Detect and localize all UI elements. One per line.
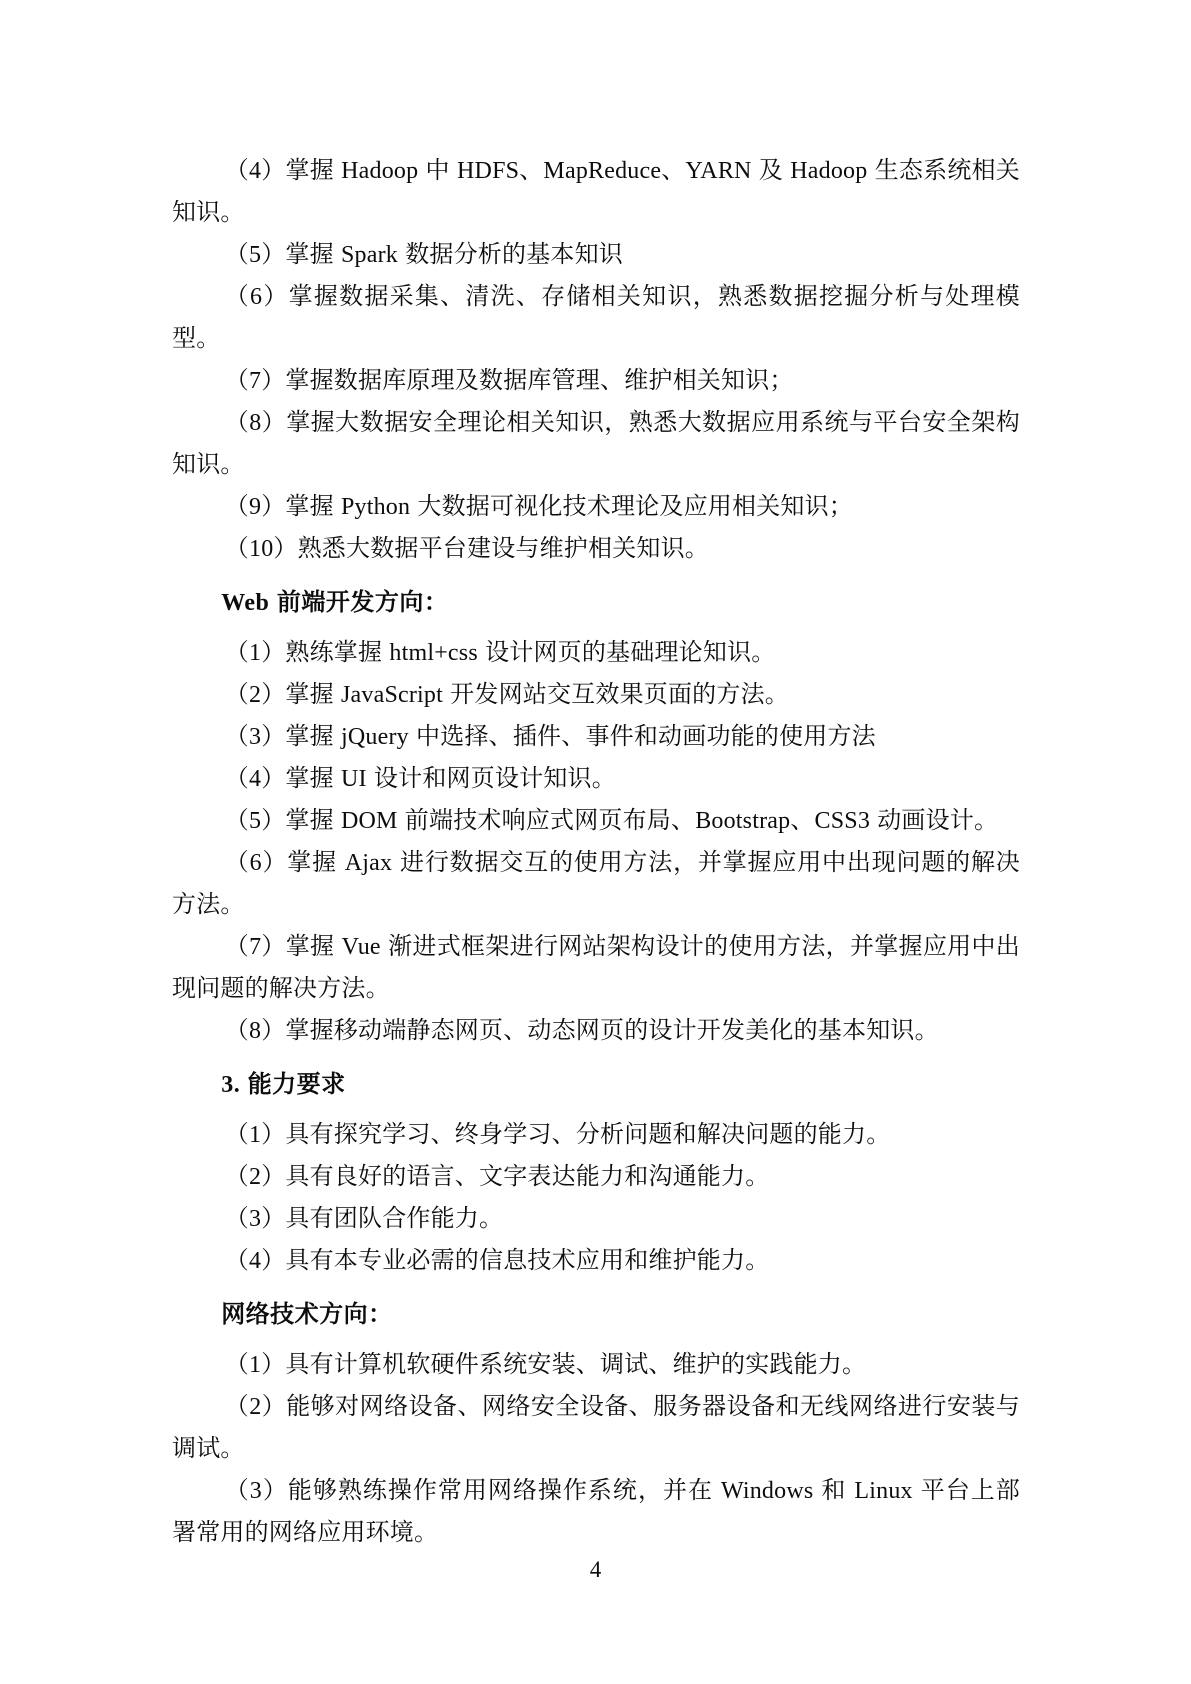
list-item-web-1: （1）熟练掌握 html+css 设计网页的基础理论知识。	[172, 632, 1020, 674]
section-heading-network: 网络技术方向：	[172, 1294, 1020, 1336]
list-item-knowledge-8: （8）掌握大数据安全理论相关知识，熟悉大数据应用系统与平台安全架构知识。	[172, 402, 1020, 486]
list-item-knowledge-9: （9）掌握 Python 大数据可视化技术理论及应用相关知识；	[172, 486, 1020, 528]
list-item-web-6: （6）掌握 Ajax 进行数据交互的使用方法，并掌握应用中出现问题的解决方法。	[172, 842, 1020, 926]
list-item-web-3: （3）掌握 jQuery 中选择、插件、事件和动画功能的使用方法	[172, 716, 1020, 758]
list-item-web-7: （7）掌握 Vue 渐进式框架进行网站架构设计的使用方法，并掌握应用中出现问题的…	[172, 926, 1020, 1010]
document-body: （4）掌握 Hadoop 中 HDFS、MapReduce、YARN 及 Had…	[172, 150, 1020, 1554]
page-number: 4	[0, 1556, 1191, 1584]
list-item-network-2: （2）能够对网络设备、网络安全设备、服务器设备和无线网络进行安装与调试。	[172, 1386, 1020, 1470]
list-item-ability-1: （1）具有探究学习、终身学习、分析问题和解决问题的能力。	[172, 1114, 1020, 1156]
list-item-ability-3: （3）具有团队合作能力。	[172, 1198, 1020, 1240]
list-item-knowledge-5: （5）掌握 Spark 数据分析的基本知识	[172, 234, 1020, 276]
list-item-web-4: （4）掌握 UI 设计和网页设计知识。	[172, 758, 1020, 800]
document-page: （4）掌握 Hadoop 中 HDFS、MapReduce、YARN 及 Had…	[0, 0, 1191, 1684]
list-item-knowledge-6: （6）掌握数据采集、清洗、存储相关知识，熟悉数据挖掘分析与处理模型。	[172, 276, 1020, 360]
list-item-knowledge-10: （10）熟悉大数据平台建设与维护相关知识。	[172, 528, 1020, 570]
list-item-web-2: （2）掌握 JavaScript 开发网站交互效果页面的方法。	[172, 674, 1020, 716]
list-item-web-8: （8）掌握移动端静态网页、动态网页的设计开发美化的基本知识。	[172, 1010, 1020, 1052]
section-heading-web-frontend: Web 前端开发方向：	[172, 582, 1020, 624]
list-item-knowledge-7: （7）掌握数据库原理及数据库管理、维护相关知识；	[172, 360, 1020, 402]
list-item-ability-2: （2）具有良好的语言、文字表达能力和沟通能力。	[172, 1156, 1020, 1198]
section-heading-ability: 3. 能力要求	[172, 1064, 1020, 1106]
list-item-knowledge-4: （4）掌握 Hadoop 中 HDFS、MapReduce、YARN 及 Had…	[172, 150, 1020, 234]
list-item-network-3: （3）能够熟练操作常用网络操作系统，并在 Windows 和 Linux 平台上…	[172, 1470, 1020, 1554]
list-item-network-1: （1）具有计算机软硬件系统安装、调试、维护的实践能力。	[172, 1344, 1020, 1386]
list-item-ability-4: （4）具有本专业必需的信息技术应用和维护能力。	[172, 1240, 1020, 1282]
list-item-web-5: （5）掌握 DOM 前端技术响应式网页布局、Bootstrap、CSS3 动画设…	[172, 800, 1020, 842]
